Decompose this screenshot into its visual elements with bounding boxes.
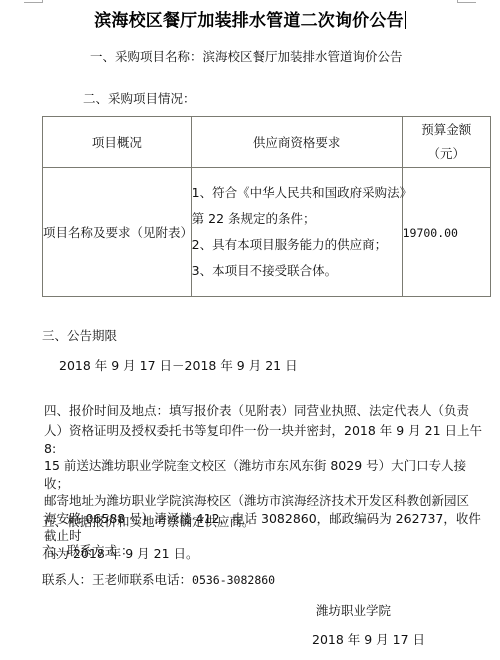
page-corner-mark-left — [24, 0, 43, 3]
cell-budget: 19700.00 — [402, 168, 490, 297]
section-4-paragraph: 四、报价时间及地点：填写报价表（见附表）同营业执照、法定代表人（负责 人）资格证… — [44, 399, 484, 562]
contact-line: 联系人：王老师联系电话：0536-3082860 — [42, 570, 275, 588]
budget-amount: 19700.00 — [403, 226, 458, 240]
section-4-line: 15 前送达潍坊职业学院奎文校区（潍坊市东风东街 8029 号）大门口专人接收； — [44, 457, 484, 492]
table-header-row: 项目概况 供应商资格要求 预算金额 （元） — [43, 117, 491, 168]
header-budget-line2: （元） — [403, 142, 490, 166]
contact-label: 联系人：王老师联系电话： — [42, 572, 192, 587]
signature-date: 2018 年 9 月 17 日 — [312, 630, 425, 648]
table-row: 项目名称及要求（见附表） 1、符合《中华人民共和国政府采购法》 第 22 条规定… — [43, 168, 491, 297]
header-overview: 项目概况 — [43, 117, 192, 168]
section-3-heading: 三、公告期限 — [42, 326, 117, 344]
signature-org: 潍坊职业学院 — [316, 601, 391, 619]
header-budget: 预算金额 （元） — [402, 117, 490, 168]
text-cursor — [405, 11, 406, 29]
project-table: 项目概况 供应商资格要求 预算金额 （元） 项目名称及要求（见附表） 1、符合《… — [42, 116, 491, 297]
document-title-text: 滨海校区餐厅加装排水管道二次询价公告 — [94, 11, 404, 31]
cell-requirements: 1、符合《中华人民共和国政府采购法》 第 22 条规定的条件； 2、具有本项目服… — [191, 168, 402, 297]
page-corner-mark-right — [457, 0, 476, 3]
requirement-line: 3、本项目不接受联合体。 — [192, 258, 402, 284]
section-2-heading: 二、采购项目情况： — [83, 89, 196, 107]
section-6-heading: 六、联系方式 ： — [42, 541, 133, 559]
section-4-line: 四、报价时间及地点：填写报价表（见附表）同营业执照、法定代表人（负责 — [44, 399, 484, 422]
section-4-line: 人）资格证明及授权委托书等复印件一份一块并密封，2018 年 9 月 21 日上… — [44, 422, 484, 457]
header-budget-line1: 预算金额 — [403, 118, 490, 142]
section-5: 五、根据报价和实地考察确定供应商。 — [42, 512, 255, 530]
cell-overview: 项目名称及要求（见附表） — [43, 168, 192, 297]
announcement-period: 2018 年 9 月 17 日－2018 年 9 月 21 日 — [59, 356, 298, 374]
contact-phone: 0536-3082860 — [192, 573, 275, 587]
header-requirements: 供应商资格要求 — [191, 117, 402, 168]
requirement-line: 1、符合《中华人民共和国政府采购法》 — [192, 180, 402, 206]
requirement-line: 第 22 条规定的条件； — [192, 206, 402, 232]
section-4-line: 邮寄地址为潍坊职业学院滨海校区（潍坊市滨海经济技术开发区科教创新园区 — [44, 492, 484, 510]
section-1-project-name: 一、采购项目名称：滨海校区餐厅加装排水管道询价公告 — [90, 47, 403, 65]
requirement-line: 2、具有本项目服务能力的供应商； — [192, 232, 402, 258]
document-title[interactable]: 滨海校区餐厅加装排水管道二次询价公告 — [0, 6, 500, 31]
